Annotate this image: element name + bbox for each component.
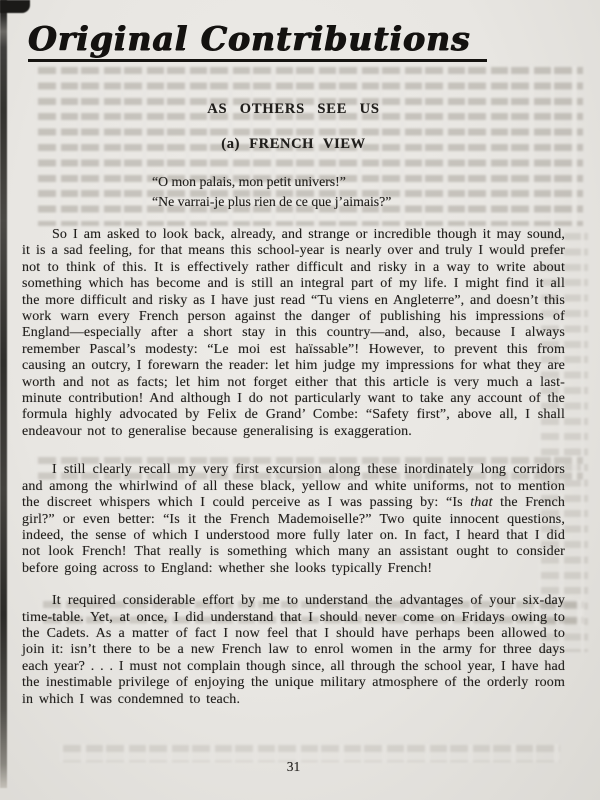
subsection-title: (a) FRENCH VIEW: [22, 136, 565, 153]
epigraph: “O mon palais, mon petit univers!” “Ne v…: [152, 172, 565, 212]
paragraph-text: So I am asked to look back, already, and…: [22, 227, 565, 439]
page-number: 31: [22, 759, 565, 775]
article-column: AS OTHERS SEE US (a) FRENCH VIEW “O mon …: [22, 96, 565, 708]
masthead-title: Original Contributions: [28, 20, 471, 58]
scan-corner-mark: [0, 0, 30, 13]
scan-edge-shadow: [0, 0, 7, 788]
paragraph-text: It required considerable effort by me to…: [22, 593, 565, 706]
masthead-rule: [28, 59, 487, 62]
paragraph: So I am asked to look back, already, and…: [22, 227, 565, 440]
masthead: Original Contributions: [28, 20, 471, 58]
paragraph: I still clearly recall my very first exc…: [22, 462, 565, 577]
scanned-page: Original Contributions AS OTHERS SEE US …: [0, 0, 600, 800]
paragraph-text-italic: that: [470, 495, 492, 510]
epigraph-line: “Ne varrai-je plus rien de ce que j’aima…: [152, 192, 565, 212]
paragraph: It required considerable effort by me to…: [22, 593, 565, 708]
section-title: AS OTHERS SEE US: [22, 101, 565, 118]
epigraph-line: “O mon palais, mon petit univers!”: [152, 172, 565, 192]
